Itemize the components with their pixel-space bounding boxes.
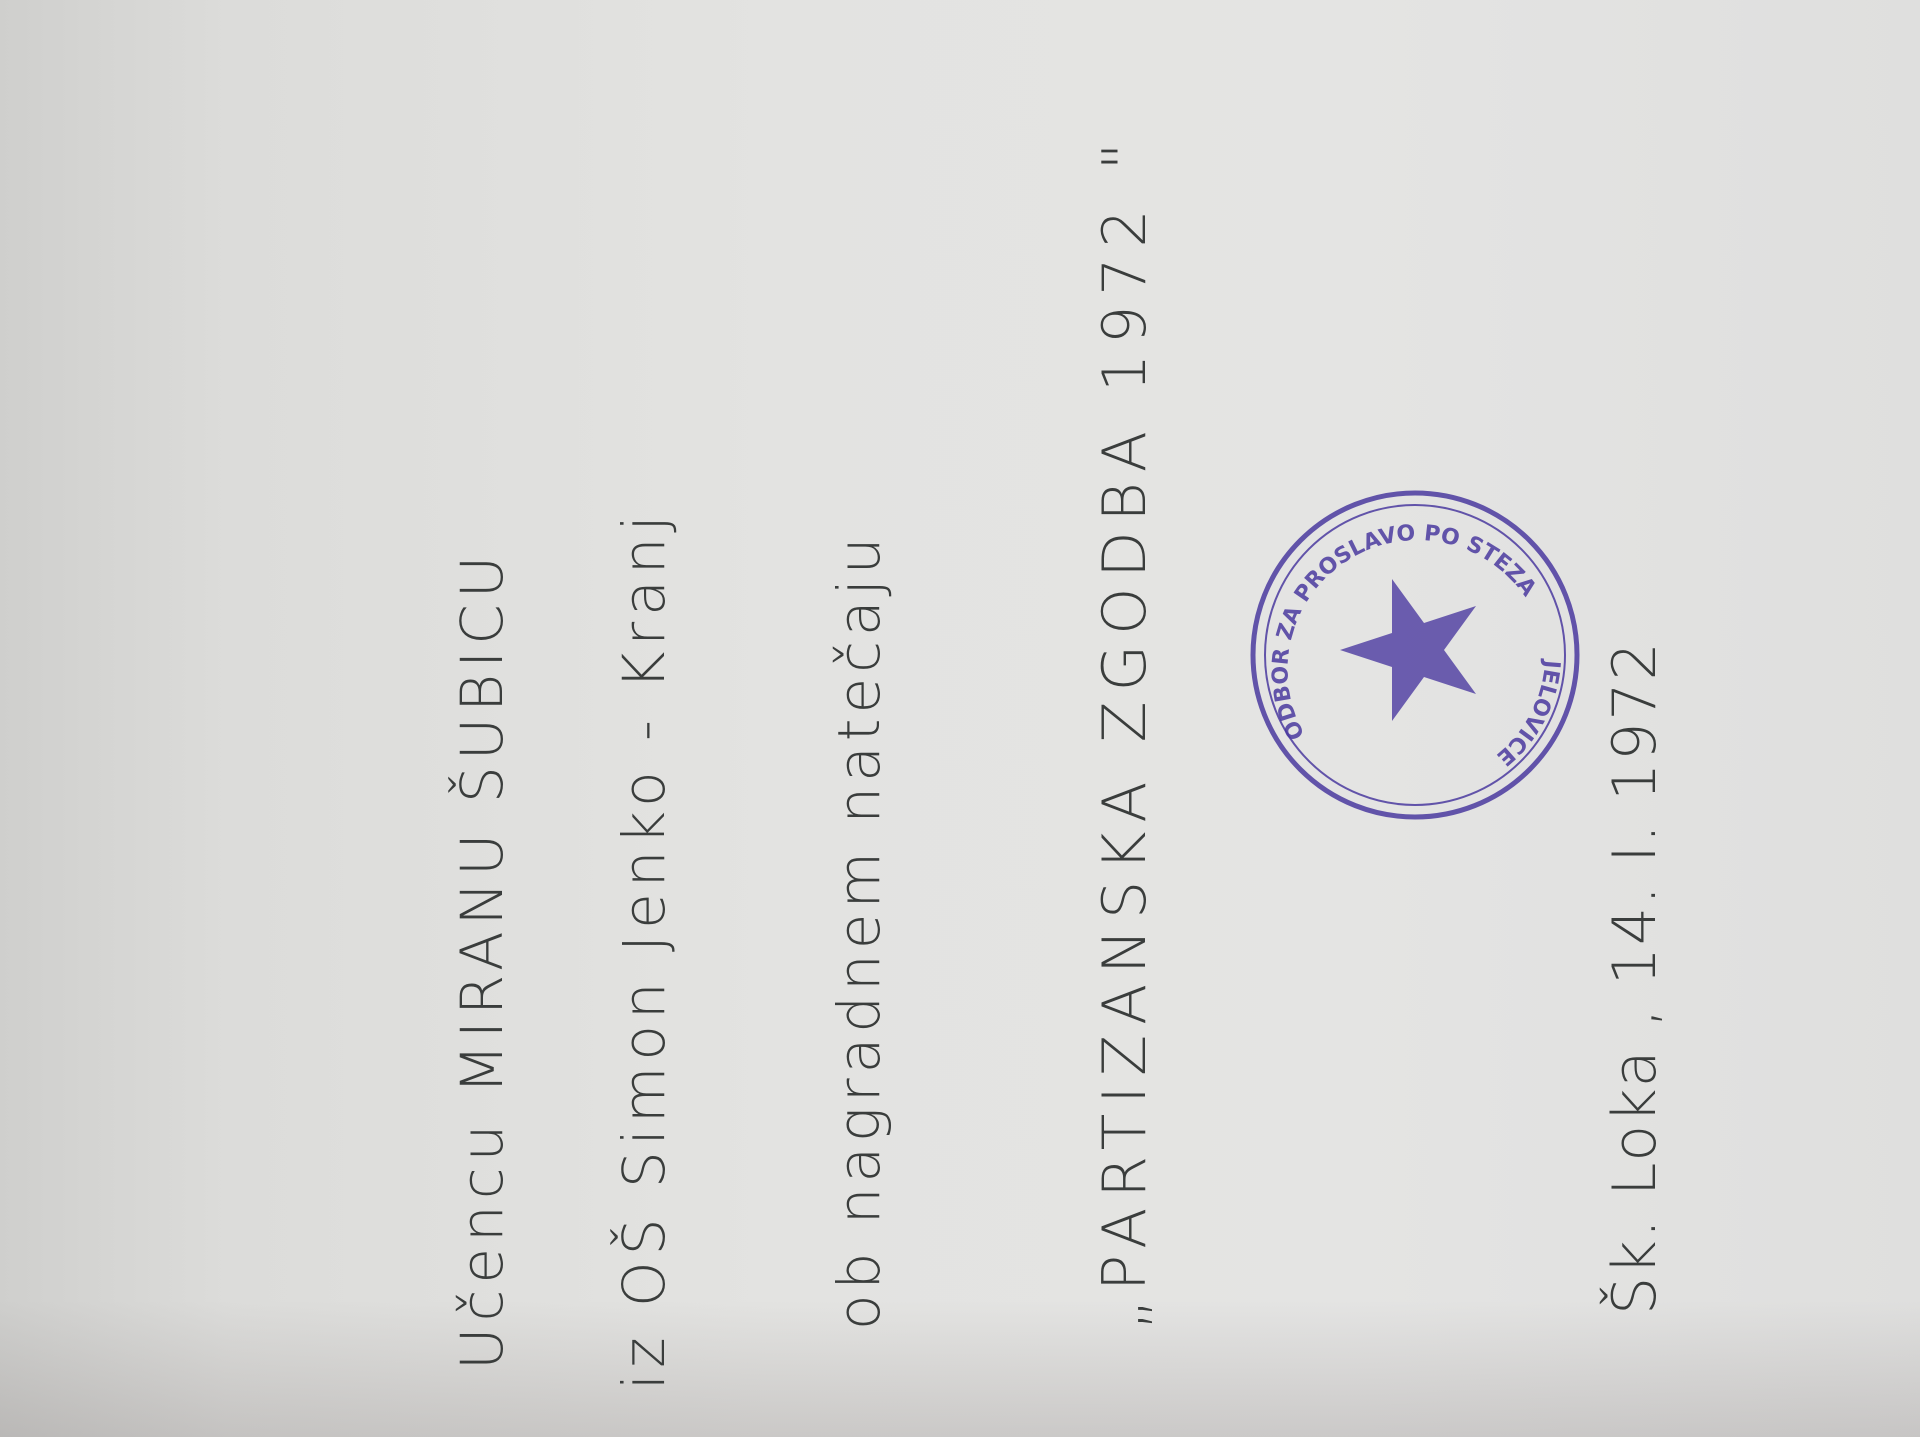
place-date-line: Šk. Loka , 14. I. 1972 xyxy=(1600,640,1670,1315)
contest-title: „PARTIZANSKA ZGODBA 1972 " xyxy=(1090,133,1160,1330)
contest-line: ob nagradnem natečaju xyxy=(825,533,893,1330)
school-line: iz OŠ Simon Jenko - Kranj xyxy=(610,509,678,1390)
official-stamp: ODBOR ZA PROSLAVO PO STEZAH PARTIZANSKE … xyxy=(1245,485,1585,825)
paper-shadow xyxy=(0,1300,1920,1437)
star-icon xyxy=(1340,579,1476,721)
recipient-line: Učencu MIRANU ŠUBICU xyxy=(448,550,516,1370)
